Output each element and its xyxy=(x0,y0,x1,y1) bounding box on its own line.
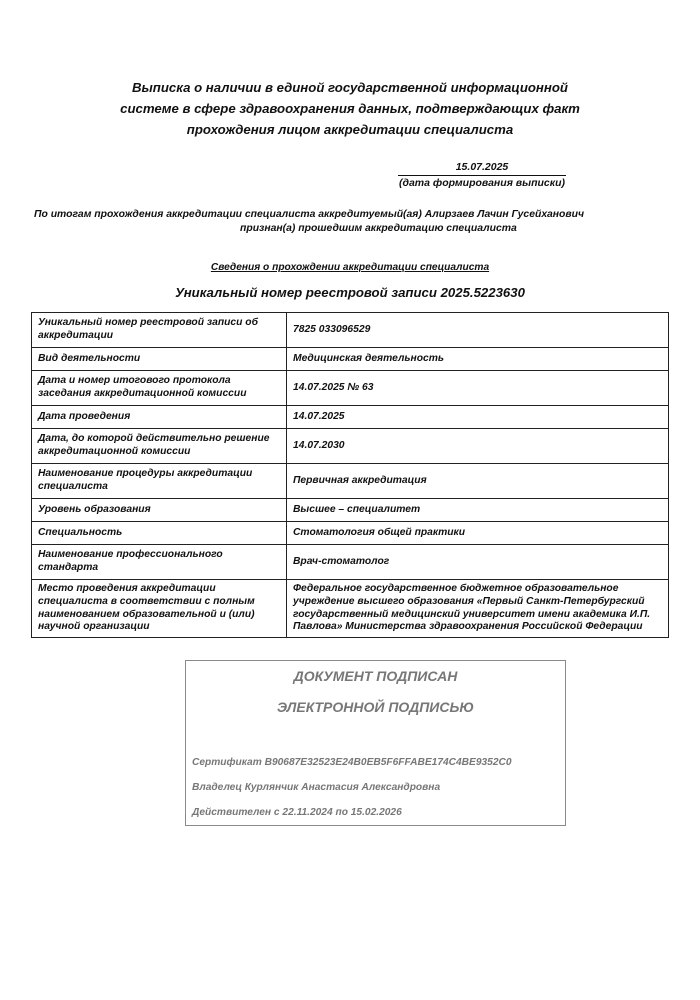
row-label: Наименование профессионального стандарта xyxy=(32,545,287,580)
row-value: Первичная аккредитация xyxy=(287,464,669,499)
signature-owner: Владелец Курлянчик Анастасия Александров… xyxy=(192,782,440,793)
title-line-3: прохождения лицом аккредитации специалис… xyxy=(0,119,700,140)
table-row: Наименование процедуры аккредитации спец… xyxy=(32,464,669,499)
row-value: 7825 033096529 xyxy=(287,313,669,348)
row-value: Врач-стоматолог xyxy=(287,545,669,580)
row-label: Вид деятельности xyxy=(32,348,287,371)
title-line-1: Выписка о наличии в единой государственн… xyxy=(0,77,700,98)
table-row: Наименование профессионального стандарта… xyxy=(32,545,669,580)
table-row: Место проведения аккредитации специалист… xyxy=(32,580,669,638)
table-row: Дата и номер итогового протокола заседан… xyxy=(32,371,669,406)
formation-date-caption: (дата формирования выписки) xyxy=(398,176,566,190)
signature-heading-2: ЭЛЕКТРОННОЙ ПОДПИСЬЮ xyxy=(186,699,565,715)
table-row: Уровень образования Высшее – специалитет xyxy=(32,499,669,522)
row-label: Специальность xyxy=(32,522,287,545)
row-value: 14.07.2025 xyxy=(287,406,669,429)
row-value: 14.07.2025 № 63 xyxy=(287,371,669,406)
row-value: Федеральное государственное бюджетное об… xyxy=(287,580,669,638)
signature-validity: Действителен с 22.11.2024 по 15.02.2026 xyxy=(192,807,402,818)
row-value: Стоматология общей практики xyxy=(287,522,669,545)
accreditation-result-line-2: признан(а) прошедшим аккредитацию специа… xyxy=(240,223,517,234)
row-value: 14.07.2030 xyxy=(287,429,669,464)
signature-certificate: Сертификат B90687E32523E24B0EB5F6FFABE17… xyxy=(192,757,512,768)
row-label: Уникальный номер реестровой записи об ак… xyxy=(32,313,287,348)
table-row: Специальность Стоматология общей практик… xyxy=(32,522,669,545)
table-row: Дата проведения 14.07.2025 xyxy=(32,406,669,429)
row-value: Медицинская деятельность xyxy=(287,348,669,371)
formation-date-block: 15.07.2025 (дата формирования выписки) xyxy=(398,161,566,190)
row-label: Место проведения аккредитации специалист… xyxy=(32,580,287,638)
table-row: Дата, до которой действительно решение а… xyxy=(32,429,669,464)
table-row: Вид деятельности Медицинская деятельност… xyxy=(32,348,669,371)
row-label: Уровень образования xyxy=(32,499,287,522)
row-label: Наименование процедуры аккредитации спец… xyxy=(32,464,287,499)
electronic-signature-stamp: ДОКУМЕНТ ПОДПИСАН ЭЛЕКТРОННОЙ ПОДПИСЬЮ С… xyxy=(185,660,566,826)
accreditation-info-table: Уникальный номер реестровой записи об ак… xyxy=(31,312,669,638)
document-title: Выписка о наличии в единой государственн… xyxy=(0,77,700,140)
signature-heading-1: ДОКУМЕНТ ПОДПИСАН xyxy=(186,668,565,684)
row-label: Дата проведения xyxy=(32,406,287,429)
title-line-2: системе в сфере здравоохранения данных, … xyxy=(0,98,700,119)
registry-number-title: Уникальный номер реестровой записи 2025.… xyxy=(0,285,700,300)
row-value: Высшее – специалитет xyxy=(287,499,669,522)
table-row: Уникальный номер реестровой записи об ак… xyxy=(32,313,669,348)
row-label: Дата, до которой действительно решение а… xyxy=(32,429,287,464)
section-title: Сведения о прохождении аккредитации спец… xyxy=(0,262,700,273)
row-label: Дата и номер итогового протокола заседан… xyxy=(32,371,287,406)
accreditation-result-line-1: По итогам прохождения аккредитации специ… xyxy=(34,209,584,220)
formation-date: 15.07.2025 xyxy=(398,161,566,176)
